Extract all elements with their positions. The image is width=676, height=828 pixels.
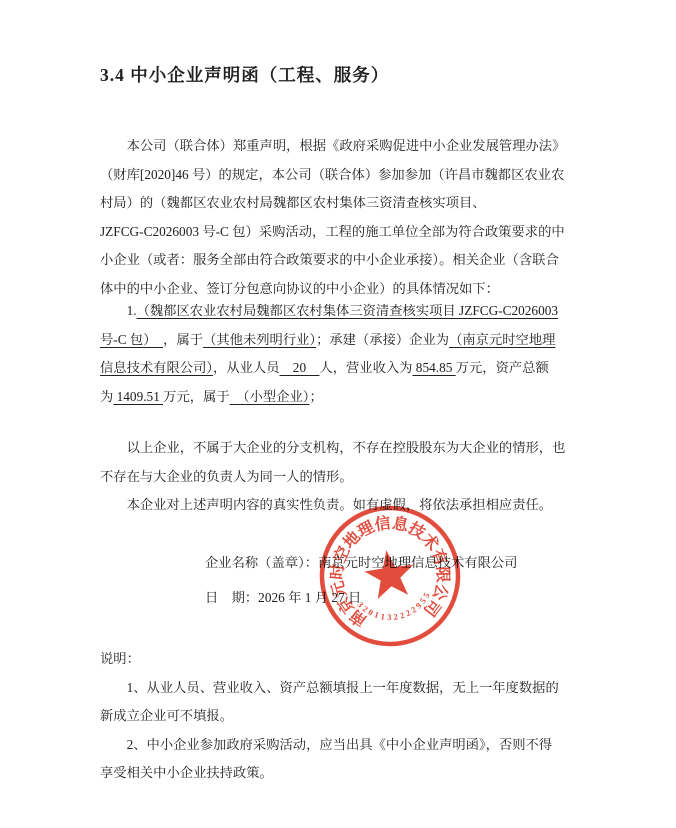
svg-text:1: 1 bbox=[380, 611, 386, 622]
text-line: 小企业（或者：服务全部由符合政策要求的中小企业承接）。相关企业（含联合 bbox=[100, 246, 590, 275]
svg-text:信: 信 bbox=[373, 513, 392, 534]
text-line: 村局）的（魏都区农业农村局魏都区农村集体三资清查核实项目、 bbox=[100, 189, 590, 218]
text-line: 不存在与大企业的负责人为同一人的情形。 bbox=[100, 462, 590, 491]
notes-paragraph: 说明： 1、从业人员、营业收入、资产总额填报上一年度数据，无上一年度数据的新成立… bbox=[100, 645, 590, 788]
svg-text:元: 元 bbox=[328, 579, 349, 599]
document-page: 3.4 中小企业声明函（工程、服务） 本公司（联合体）郑重声明，根据《政府采购促… bbox=[0, 0, 676, 828]
notes-label: 说明： bbox=[100, 645, 590, 674]
svg-text:3: 3 bbox=[387, 612, 391, 622]
svg-text:限: 限 bbox=[433, 566, 452, 583]
text-line: 新成立企业可不填报。 bbox=[100, 702, 590, 731]
item-paragraph: 1.（魏都区农业农村局魏都区农村集体三资清查核实项目 JZFCG-C202600… bbox=[100, 296, 590, 410]
text-line: 为 1409.51 万元，属于 （小型企业）； bbox=[100, 382, 590, 411]
text-line: 1.（魏都区农业农村局魏都区农村集体三资清查核实项目 JZFCG-C202600… bbox=[100, 296, 590, 325]
text-line: 本公司（联合体）郑重声明，根据《政府采购促进中小企业发展管理办法》 bbox=[100, 132, 590, 161]
declaration-paragraph: 本公司（联合体）郑重声明，根据《政府采购促进中小企业发展管理办法》（财库[202… bbox=[100, 132, 590, 303]
text-line: 2、中小企业参加政府采购活动，应当出具《中小企业声明函》，否则不得 bbox=[100, 731, 590, 760]
text-line: （财库[2020]46 号）的规定，本公司（联合体）参加参加（许昌市魏都区农业农 bbox=[100, 161, 590, 190]
page-title: 3.4 中小企业声明函（工程、服务） bbox=[100, 62, 389, 87]
text-line: JZFCG-C2026003 号-C 包）采购活动，工程的施工单位全部为符合政策… bbox=[100, 218, 590, 247]
text-line: 1、从业人员、营业收入、资产总额填报上一年度数据，无上一年度数据的 bbox=[100, 674, 590, 703]
svg-text:1: 1 bbox=[373, 609, 380, 620]
company-stamp: 南京元时空地理信息技术有限公司 3201132222955 bbox=[305, 491, 475, 661]
text-line: 享受相关中小企业扶持政策。 bbox=[100, 759, 590, 788]
svg-text:时: 时 bbox=[328, 563, 347, 580]
notes-lines: 1、从业人员、营业收入、资产总额填报上一年度数据，无上一年度数据的新成立企业可不… bbox=[100, 674, 590, 788]
text-line: 信息技术有限公司），从业人员 20 人，营业收入为 854.85 万元，资产总额 bbox=[100, 353, 590, 382]
star-icon bbox=[362, 547, 418, 600]
text-line: 号-C 包） ，属于（其他未列明行业）；承建（承接）企业为（南京元时空地理 bbox=[100, 325, 590, 354]
svg-text:2: 2 bbox=[393, 611, 399, 621]
text-line: 以上企业，不属于大企业的分支机构，不存在控股股东为大企业的情形，也 bbox=[100, 433, 590, 462]
